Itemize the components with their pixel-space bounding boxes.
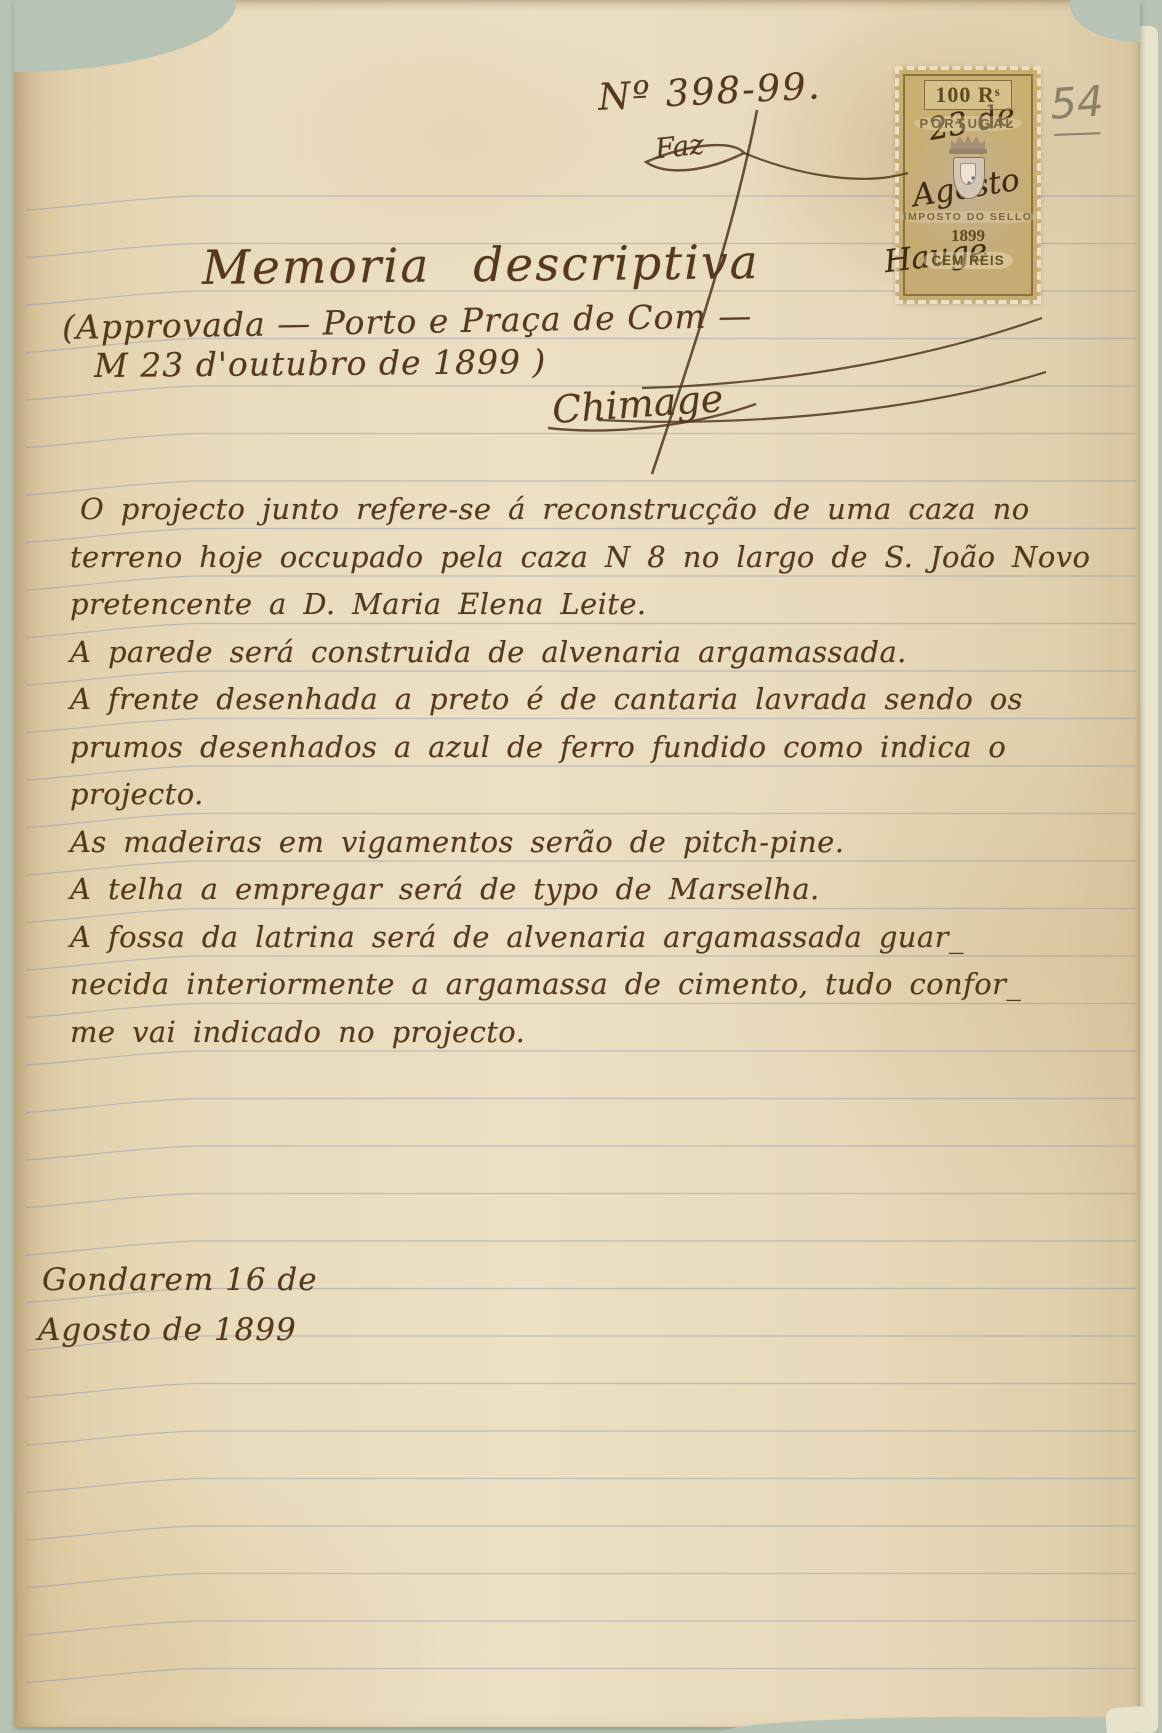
approval-note-line-2: M 23 d'outubro de 1899 )	[94, 342, 547, 385]
stamp-inscription: IMPOSTO DO SELLO	[900, 211, 1037, 223]
manuscript-line: As madeiras em vigamentos serão de pitch…	[70, 825, 844, 859]
manuscript-line: me vai indicado no projecto.	[70, 1015, 525, 1049]
manuscript-line: A telha a empregar será de typo de Marse…	[70, 872, 820, 906]
manuscript-line: projecto.	[70, 777, 204, 811]
manuscript-line: O projecto junto refere-se á reconstrucç…	[80, 492, 1030, 526]
manuscript-line: A parede será construida de alvenaria ar…	[70, 635, 907, 669]
scanned-manuscript-page: Nº 398-99. Faz 54 100 Rˢ PORTUGAL IMPOST…	[0, 0, 1162, 1733]
manuscript-line: pretencente a D. Maria Elena Leite.	[70, 587, 647, 621]
coat-of-arms-icon	[940, 135, 996, 209]
shield-icon	[953, 157, 985, 199]
stamp-country-banner: PORTUGAL	[914, 116, 1023, 131]
stamp-denomination: CEM RÉIS	[923, 252, 1012, 269]
crown-icon	[951, 135, 985, 150]
stamp-value: 100 Rˢ	[924, 80, 1011, 110]
clerk-rubric: Faz	[653, 128, 705, 166]
manuscript-line: prumos desenhados a azul de ferro fundid…	[70, 730, 1006, 764]
stamp-year: 1899	[951, 226, 985, 246]
page-title: Memoria descriptiva	[202, 235, 760, 296]
manuscript-line: necida interiormente a argamassa de cime…	[70, 967, 1021, 1001]
folio-page-number: 54	[1048, 76, 1105, 129]
place-date-line-2: Agosto de 1899	[38, 1312, 297, 1348]
torn-corner	[1105, 1705, 1153, 1733]
place-date-line-1: Gondarem 16 de	[42, 1262, 318, 1298]
manuscript-line: terreno hoje occupado pela caza N 8 no l…	[70, 540, 1090, 574]
crown-band	[949, 149, 987, 154]
shield-escutcheon	[960, 163, 976, 185]
manuscript-line: A frente desenhada a preto é de cantaria…	[70, 682, 1023, 716]
manuscript-line: A fossa da latrina será de alvenaria arg…	[70, 920, 964, 954]
